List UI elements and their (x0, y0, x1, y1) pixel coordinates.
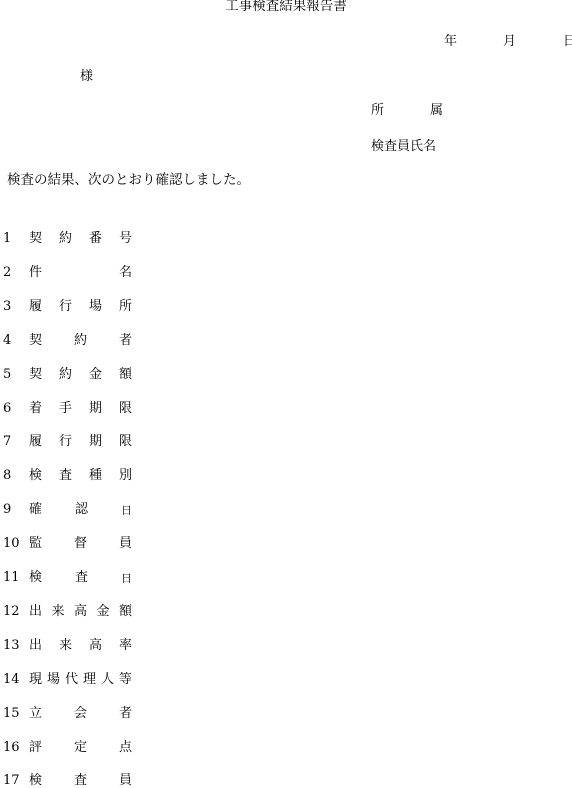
item-label-char: 理 (83, 673, 96, 689)
list-item: 1契約番号 (0, 232, 150, 248)
item-number: 9 (3, 503, 11, 516)
item-label: 検査員 (29, 774, 132, 788)
item-number: 10 (3, 537, 20, 550)
item-number: 13 (3, 639, 20, 652)
item-label-char: 検 (29, 571, 42, 587)
item-label-char: 高 (74, 605, 87, 621)
item-label-char: 期 (89, 402, 102, 418)
item-label-char: 場 (89, 300, 102, 316)
item-label-char: 別 (119, 469, 132, 485)
item-number: 8 (3, 469, 11, 482)
item-label: 契約金額 (29, 368, 132, 384)
item-label-char: 者 (119, 707, 132, 723)
item-label-char: 限 (119, 402, 132, 418)
list-item: 3履行場所 (0, 300, 150, 316)
item-label-char: 定 (74, 741, 87, 757)
item-number: 5 (3, 368, 11, 381)
list-item: 13出来高率 (0, 639, 150, 655)
item-number: 3 (3, 300, 11, 313)
item-label-char: 査 (59, 469, 72, 485)
item-label: 出来高金額 (29, 605, 132, 621)
list-item: 2件名 (0, 266, 150, 282)
item-label: 検査日 (29, 571, 132, 587)
item-label-char: 履 (29, 435, 42, 451)
item-label-char: 約 (59, 232, 72, 248)
item-label-char: 来 (59, 639, 72, 655)
list-item: 11検査日 (0, 571, 150, 587)
item-number: 12 (3, 605, 20, 618)
list-item: 17検査員 (0, 774, 150, 788)
item-label-char: 評 (29, 741, 42, 757)
list-item: 9確認日 (0, 503, 150, 519)
item-label-char: 行 (59, 435, 72, 451)
item-label-char: 人 (101, 673, 114, 689)
item-label-char: 点 (119, 741, 132, 757)
item-label-char: 査 (74, 774, 87, 788)
item-label-char: 員 (119, 537, 132, 553)
item-label-char: 種 (89, 469, 102, 485)
item-label-char: 監 (29, 537, 42, 553)
date-day-label: 日 (563, 35, 572, 48)
list-item: 5契約金額 (0, 368, 150, 384)
item-label-char: 約 (59, 368, 72, 384)
item-number: 17 (3, 774, 20, 787)
item-label-char: 日 (121, 503, 132, 519)
item-label: 契約番号 (29, 232, 132, 248)
item-label-char: 額 (119, 605, 132, 621)
item-number: 16 (3, 741, 20, 754)
item-label: 確認日 (29, 503, 132, 519)
item-label-char: 者 (119, 334, 132, 350)
list-item: 16評定点 (0, 741, 150, 757)
item-number: 2 (3, 266, 11, 279)
affiliation-label-char: 所 (371, 104, 384, 117)
item-label-char: 現 (29, 673, 42, 689)
item-label-char: 認 (75, 503, 88, 519)
item-label-char: 員 (119, 774, 132, 788)
item-label-char: 件 (29, 266, 42, 282)
item-label: 契約者 (29, 334, 132, 350)
item-label-char: 来 (51, 605, 64, 621)
list-item: 6着手期限 (0, 402, 150, 418)
item-label-char: 会 (74, 707, 87, 723)
item-label-char: 履 (29, 300, 42, 316)
item-label: 検査種別 (29, 469, 132, 485)
item-label-char: 契 (29, 334, 42, 350)
item-label-char: 高 (89, 639, 102, 655)
item-label-char: 契 (29, 368, 42, 384)
item-label-char: 限 (119, 435, 132, 451)
item-number: 15 (3, 707, 20, 720)
item-label: 現場代理人等 (29, 673, 132, 689)
item-label-char: 確 (29, 503, 42, 519)
item-label: 出来高率 (29, 639, 132, 655)
list-item: 8検査種別 (0, 469, 150, 485)
item-number: 6 (3, 402, 11, 415)
item-label-char: 督 (74, 537, 87, 553)
item-label-char: 着 (29, 402, 42, 418)
item-label: 監督員 (29, 537, 132, 553)
item-label-char: 所 (119, 300, 132, 316)
item-label-char: 日 (121, 571, 132, 587)
document-title: 工事検査結果報告書 (0, 0, 572, 14)
list-item: 4契約者 (0, 334, 150, 350)
item-label-char: 立 (29, 707, 42, 723)
list-item: 15立会者 (0, 707, 150, 723)
item-label: 評定点 (29, 741, 132, 757)
item-label: 立会者 (29, 707, 132, 723)
item-number: 4 (3, 334, 11, 347)
item-label-char: 約 (74, 334, 87, 350)
item-label: 着手期限 (29, 402, 132, 418)
inspector-name-label: 検査員氏名 (371, 140, 436, 153)
item-label-char: 号 (119, 232, 132, 248)
item-number: 11 (3, 571, 20, 584)
item-label-char: 額 (119, 368, 132, 384)
item-label-char: 出 (29, 605, 42, 621)
item-label-char: 検 (29, 774, 42, 788)
affiliation-label-char: 属 (430, 104, 443, 117)
item-label-char: 名 (119, 266, 132, 282)
item-label-char: 等 (119, 673, 132, 689)
item-label-char: 契 (29, 232, 42, 248)
list-item: 10監督員 (0, 537, 150, 553)
item-label-char: 代 (65, 673, 78, 689)
item-label-char: 金 (96, 605, 109, 621)
item-number: 7 (3, 435, 11, 448)
item-label: 履行期限 (29, 435, 132, 451)
addressee-suffix: 様 (80, 70, 93, 83)
item-label-char: 手 (59, 402, 72, 418)
list-item: 14現場代理人等 (0, 673, 150, 689)
item-label-char: 期 (89, 435, 102, 451)
item-label-char: 場 (47, 673, 60, 689)
item-label-char: 行 (59, 300, 72, 316)
date-month-label: 月 (503, 35, 516, 48)
item-number: 14 (3, 673, 20, 686)
item-label-char: 査 (75, 571, 88, 587)
item-label-char: 率 (119, 639, 132, 655)
date-year-label: 年 (444, 35, 457, 48)
item-number: 1 (3, 232, 11, 245)
intro-text: 検査の結果、次のとおり確認しました。 (7, 174, 250, 188)
item-label: 履行場所 (29, 300, 132, 316)
list-item: 12出来高金額 (0, 605, 150, 621)
item-label-char: 出 (29, 639, 42, 655)
item-label-char: 金 (89, 368, 102, 384)
item-label: 件名 (29, 266, 132, 282)
item-label-char: 検 (29, 469, 42, 485)
list-item: 7履行期限 (0, 435, 150, 451)
item-label-char: 番 (89, 232, 102, 248)
